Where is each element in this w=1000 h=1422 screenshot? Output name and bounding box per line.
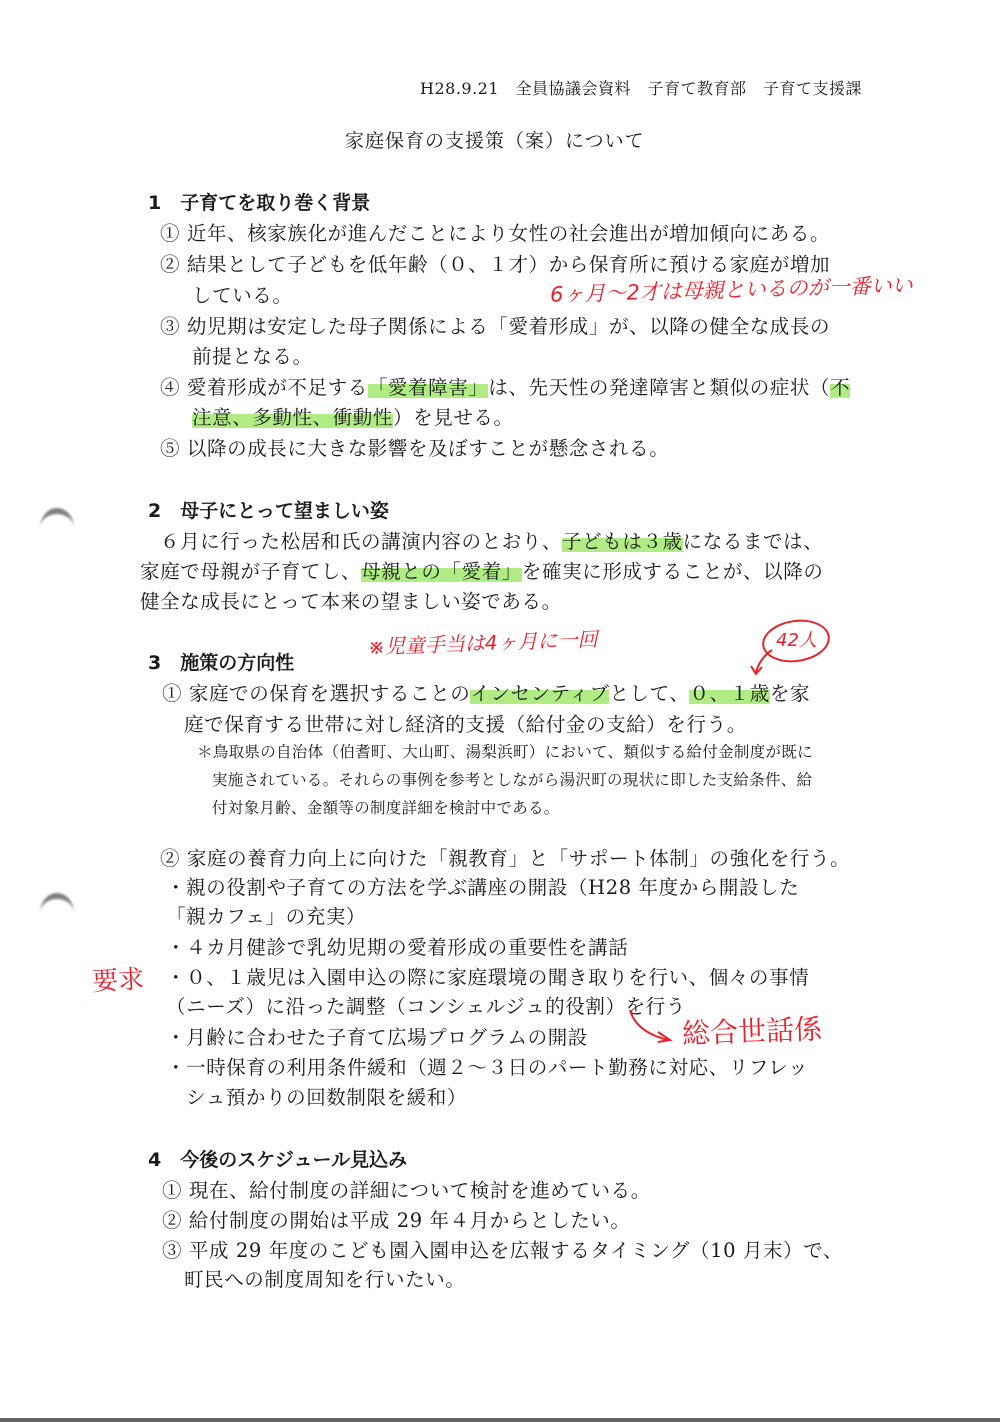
text: を確実に形成することが、以降の [522,560,824,583]
section-1-item-2-cont: している。 [192,280,293,308]
scan-edge [0,1418,1000,1422]
bullet-parent-course-cont: 「親カフェ」の充実） [166,901,366,929]
bullet-temporary-care: ・一時保育の利用条件緩和（週２～３日のパート勤務に対応、リフレッ [166,1052,808,1080]
bullet-interview: ・０、１歳児は入園申込の際に家庭環境の聞き取りを行い、個々の事情 [166,962,809,990]
text: は、先天性の発達障害と類似の症状（ [488,376,830,399]
section-2-heading: 2 母子にとって望ましい姿 [148,496,389,523]
highlight-symptoms-cont: 注意、多動性、衝動性 [192,406,393,429]
bullet-temporary-care-cont: シュ預かりの回数制限を緩和） [186,1082,467,1110]
text: として、 [609,682,689,705]
bullet-interview-cont: （ニーズ）に沿った調整（コンシェルジュ的役割）を行う [166,991,686,1019]
section-4-heading: 4 今後のスケジュール見込み [148,1145,407,1172]
section-3-note-line-3: 付対象月齢、金額等の制度詳細を検討中である。 [212,796,560,818]
section-1-item-4-cont: 注意、多動性、衝動性）を見せる。 [192,402,514,430]
section-3-note-line-1: ＊鳥取県の自治体（伯耆町、大山町、湯梨浜町）において、類似する給付金制度が既に [197,740,813,762]
handwritten-note-request: 要求 [91,959,145,999]
text: ① 家庭での保育を選択することの [162,682,470,705]
section-1-item-5: ⑤ 以降の成長に大きな影響を及ぼすことが懸念される。 [160,433,669,461]
section-2-line-3: 健全な成長にとって本来の望ましい姿である。 [140,586,562,614]
section-3-note-line-2: 実施されている。それらの事例を参考としながら湯沢町の現状に即した支給条件、給 [212,768,812,790]
section-2-line-2: 家庭で母親が子育てし、母親との「愛着」を確実に形成することが、以降の [140,556,823,584]
handwritten-note-general-caretaker: 総合世話係 [681,1008,822,1053]
text: ④ 愛着形成が不足する [160,376,368,399]
bullet-plaza-program: ・月齢に合わせた子育て広場プログラムの開設 [166,1022,588,1050]
text: を家 [770,682,810,705]
section-1-heading: 1 子育てを取り巻く背景 [148,188,370,215]
section-4-item-1: ① 現在、給付制度の詳細について検討を進めている。 [162,1175,651,1203]
highlight-age-0-1: ０、１歳 [689,682,769,705]
section-4-item-2: ② 給付制度の開始は平成 29 年４月からとしたい。 [162,1205,631,1233]
highlight-attachment-disorder: 「愛着障害」 [368,376,489,399]
section-1-item-3: ③ 幼児期は安定した母子関係による「愛着形成」が、以降の健全な成長の [160,311,830,339]
section-3-item-1-cont: 庭で保育する世帯に対し経済的支援（給付金の支給）を行う。 [184,709,747,737]
handwritten-arrow-icon [628,1008,678,1044]
handwritten-note-child-allowance: ※児童手当は4ヶ月に一回 [368,623,598,660]
bullet-4-month-checkup: ・４カ月健診で乳幼児期の愛着形成の重要性を講話 [166,932,628,960]
section-4-item-3: ③ 平成 29 年度のこども園入園申込を広報するタイミング（10 月末）で、 [162,1235,843,1263]
punch-hole-top [40,508,74,548]
section-3-heading: 3 施策の方向性 [148,648,294,675]
highlight-child-age: 子どもは３歳 [562,530,683,553]
document-page: H28.9.21 全員協議会資料 子育て教育部 子育て支援課 家庭保育の支援策（… [0,0,1000,1422]
section-1-item-3-cont: 前提となる。 [192,341,313,369]
highlight-incentive: インセンティブ [470,682,609,705]
document-meta-header: H28.9.21 全員協議会資料 子育て教育部 子育て支援課 [420,76,862,99]
section-1-item-2: ② 結果として子どもを低年齢（０、１才）から保育所に預ける家庭が増加 [160,249,830,277]
handwritten-arrow-icon [748,648,778,678]
bullet-parent-course: ・親の役割や子育ての方法を学ぶ講座の開設（H28 年度から開設した [166,872,799,900]
text: になるまでは、 [683,530,824,553]
section-1-item-4: ④ 愛着形成が不足する「愛着障害」は、先天性の発達障害と類似の症状（不 [160,372,850,400]
section-1-item-1: ① 近年、核家族化が進んだことにより女性の社会進出が増加傾向にある。 [160,218,830,246]
highlight-mother-attachment: 母親との「愛着」 [361,560,522,583]
handwritten-note-42-people: 42人 [776,626,817,652]
section-4-item-3-cont: 町民への制度周知を行いたい。 [184,1264,465,1292]
text: 家庭で母親が子育てし、 [140,560,361,583]
punch-hole-bottom [40,893,74,933]
text: ）を見せる。 [393,406,514,429]
section-2-line-1: ６月に行った松居和氏の講演内容のとおり、子どもは３歳になるまでは、 [160,526,823,554]
document-title: 家庭保育の支援策（案）について [345,126,645,153]
section-3-item-2: ② 家庭の養育力向上に向けた「親教育」と「サポート体制」の強化を行う。 [160,843,850,871]
highlight-symptoms: 不 [830,376,850,399]
section-3-item-1: ① 家庭での保育を選択することのインセンティブとして、０、１歳を家 [162,678,810,706]
text: ６月に行った松居和氏の講演内容のとおり、 [160,530,562,553]
